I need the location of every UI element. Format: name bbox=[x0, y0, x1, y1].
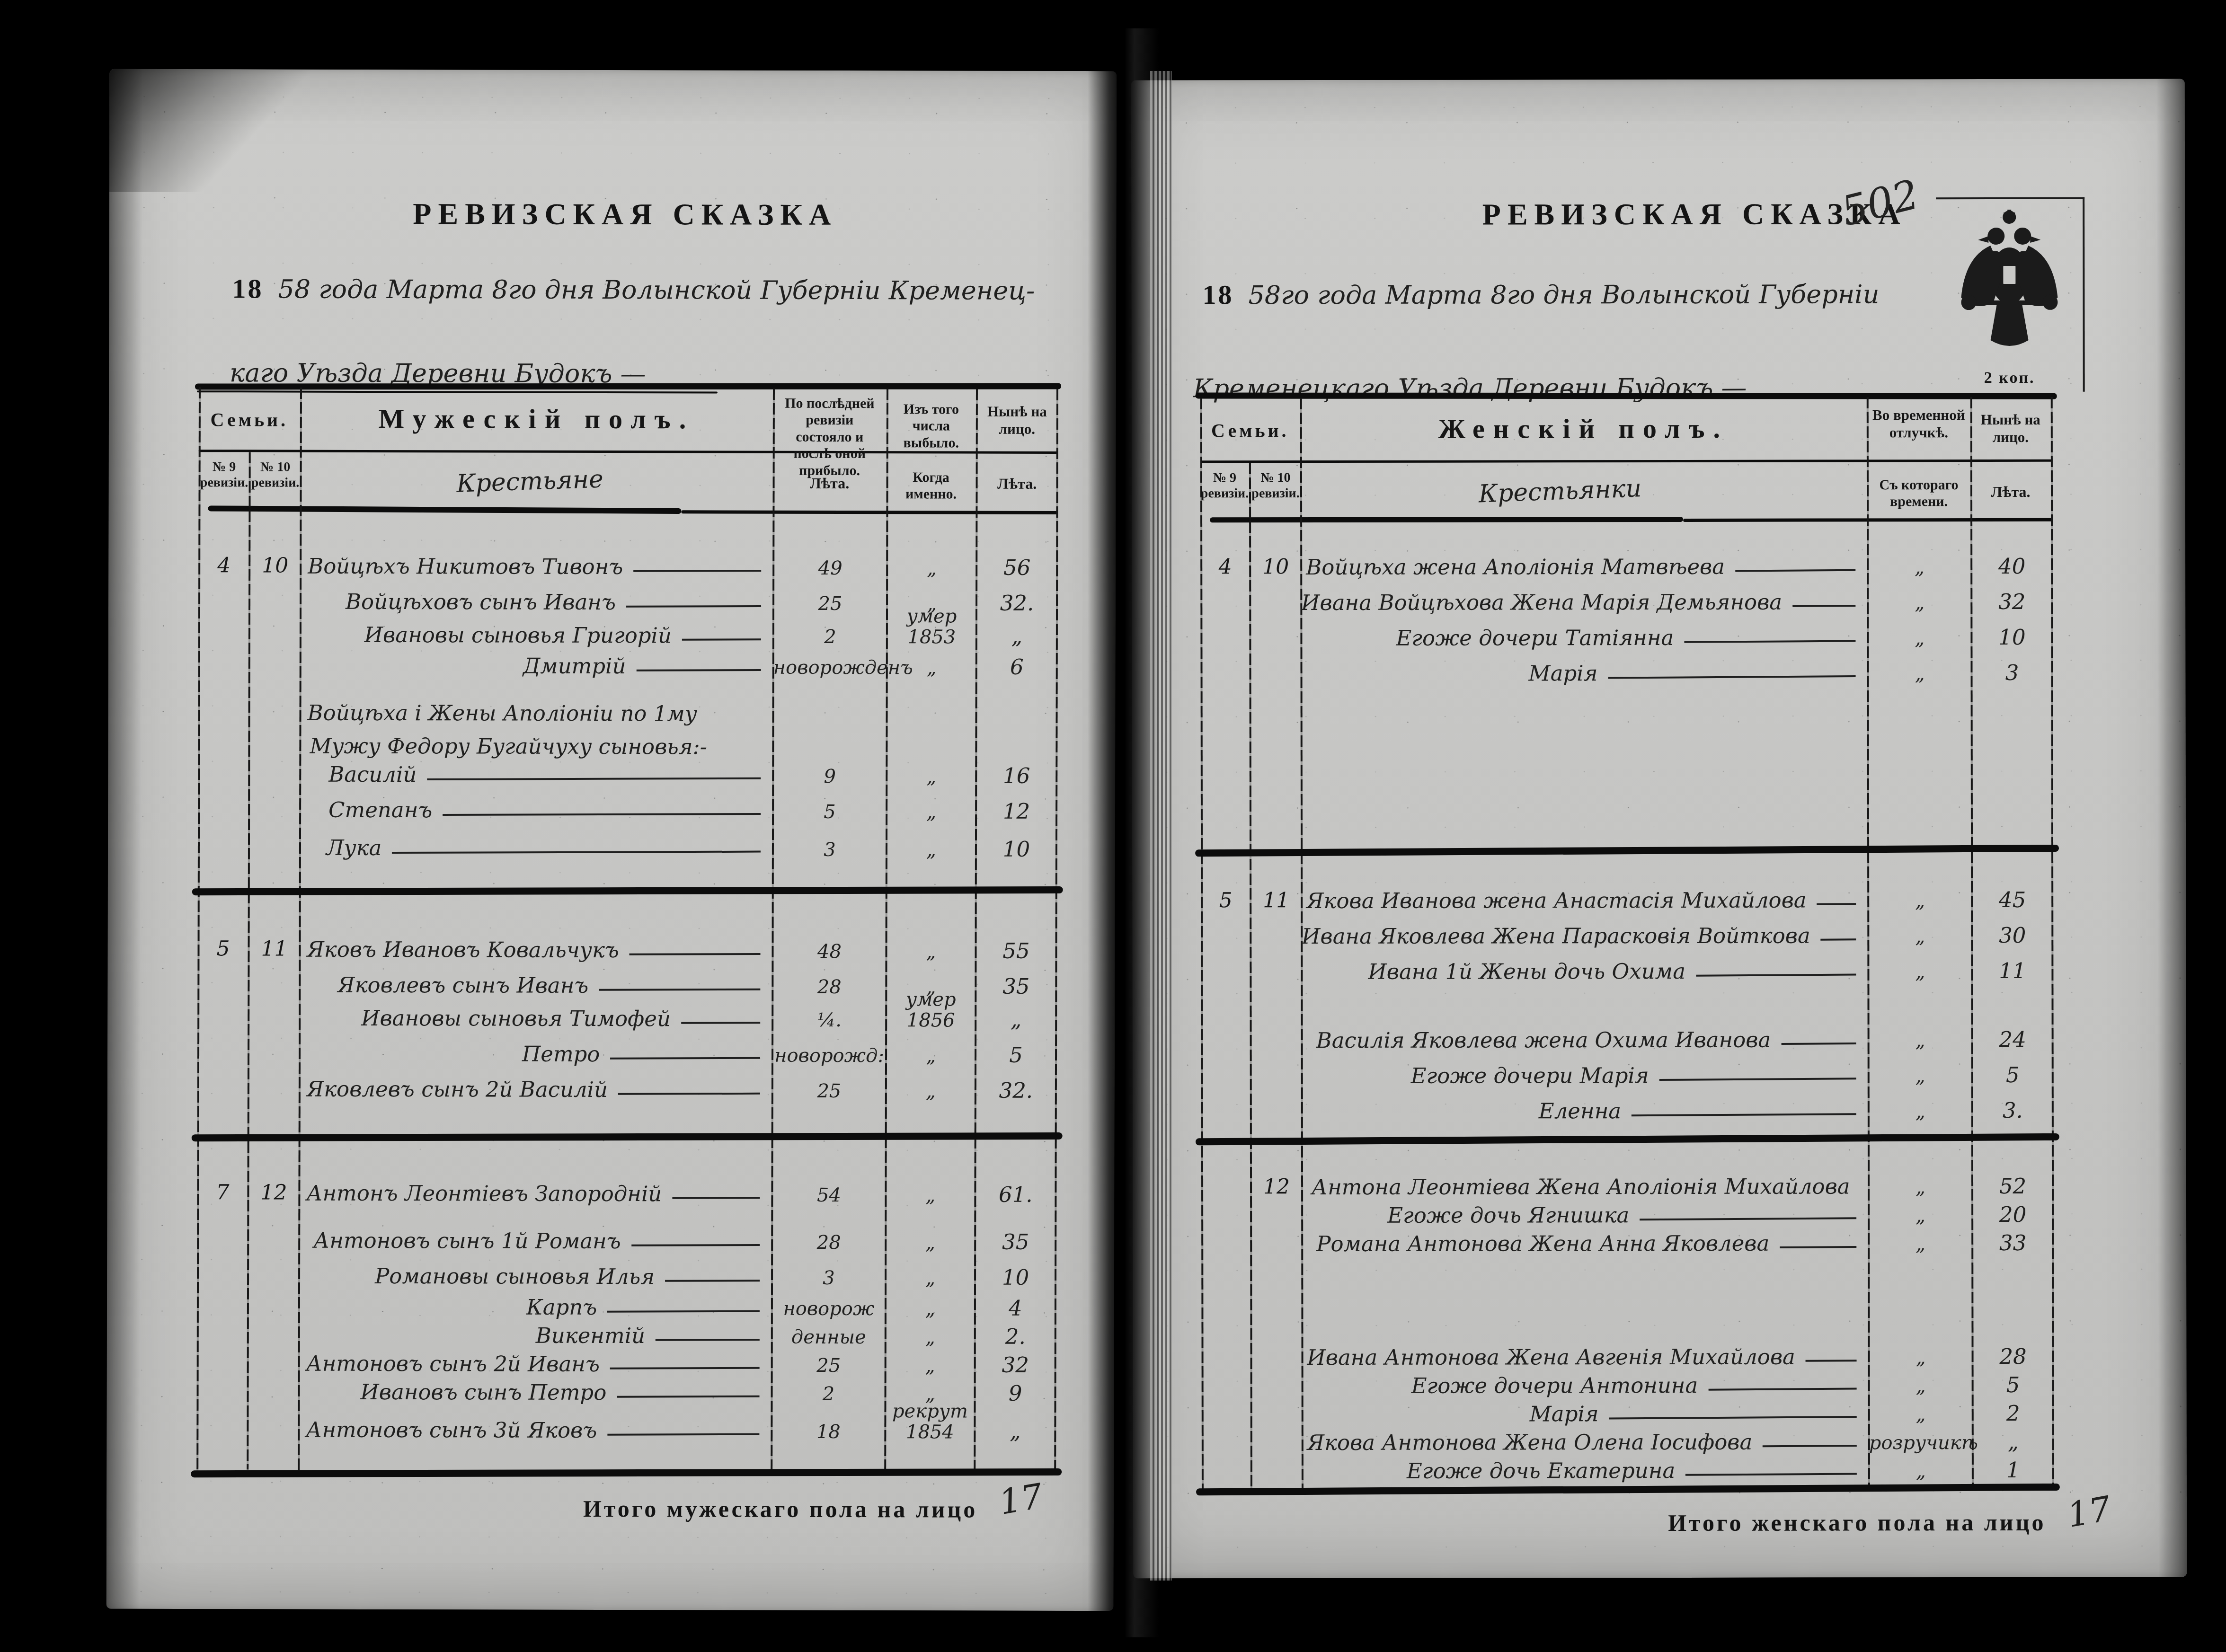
age-now: 32 bbox=[1971, 590, 2052, 613]
name-trailing-line bbox=[1696, 974, 1856, 977]
stamp-value: 2 коп. bbox=[1951, 369, 2069, 387]
header-bottom-rule bbox=[208, 505, 681, 514]
table-row: Василія Яковлева жена Охима Иванова „ 24 bbox=[1201, 1017, 2053, 1052]
age-at-last-revision: 25 bbox=[772, 1081, 886, 1102]
name-trailing-line bbox=[1708, 1388, 1856, 1391]
column-header-present: Нынѣ на лицо. bbox=[1973, 411, 2049, 446]
name-trailing-line bbox=[392, 851, 761, 854]
name-trailing-line bbox=[656, 1339, 760, 1341]
departure-note: „ bbox=[887, 839, 976, 860]
handwritten-date: 58 года Марта 8го дня Волынской Губерніи… bbox=[278, 274, 1035, 306]
name-trailing-line bbox=[636, 669, 761, 671]
name-trailing-line bbox=[665, 1280, 760, 1282]
family-separator-rule bbox=[1196, 1133, 2059, 1146]
family-no-9th-revision: 7 bbox=[197, 1180, 248, 1204]
column-header-revision9: № 9 ревизіи. bbox=[200, 459, 249, 490]
male-census-table: Семьи. Мужескій полъ. По послѣдней ревиз… bbox=[196, 382, 1058, 1477]
table-row: 4 10 Войцѣха жена Аполіонія Матвѣева „ 4… bbox=[1200, 544, 2052, 579]
table-row: Романа Антонова Жена Анна Яковлева „ 33 bbox=[1201, 1220, 2053, 1256]
age-now: 33 bbox=[1972, 1231, 2053, 1254]
book-spread: РЕВИЗСКАЯ СКАЗКА 18 58 года Марта 8го дн… bbox=[0, 0, 2226, 1652]
family-no-9th-revision: 5 bbox=[197, 936, 248, 961]
person-name: Войцѣха і Жены Аполіоніи по 1му bbox=[308, 701, 697, 725]
name-trailing-line bbox=[618, 1093, 760, 1095]
person-name: Марія bbox=[1529, 662, 1598, 685]
name-trailing-line bbox=[610, 1057, 760, 1060]
age-now: 35 bbox=[976, 974, 1056, 998]
left-page: РЕВИЗСКАЯ СКАЗКА 18 58 года Марта 8го дн… bbox=[106, 69, 1117, 1611]
column-header-revision9: № 9 ревизіи. bbox=[1200, 470, 1249, 501]
person-name: Ивановы сыновья Тимофей bbox=[361, 1006, 671, 1030]
printed-year-prefix: 18 bbox=[1202, 279, 1233, 310]
absence-since: „ bbox=[1868, 663, 1972, 684]
table-row: Лука 3 „ 10 bbox=[198, 825, 1057, 861]
name-trailing-line bbox=[610, 1367, 760, 1369]
male-total-value: 17 bbox=[996, 1476, 1046, 1522]
age-now: 10 bbox=[976, 837, 1057, 861]
person-name: Антонъ Леонтіевъ Запородній bbox=[306, 1181, 662, 1205]
family-no-9th-revision: 5 bbox=[1201, 888, 1250, 912]
departure-note: „ bbox=[886, 1081, 976, 1102]
name-trailing-line bbox=[1659, 1078, 1856, 1081]
person-name: Василія Яковлева жена Охима Иванова bbox=[1316, 1028, 1771, 1052]
name-trailing-line bbox=[1685, 1473, 1857, 1475]
female-total-footer: Итого женскаго пола на лицо 17 bbox=[1668, 1499, 2111, 1539]
person-name: Яковъ Ивановъ Ковальчукъ bbox=[307, 937, 619, 962]
table-row: 7 12 Антонъ Леонтіевъ Запородній 54 „ 61… bbox=[197, 1170, 1056, 1206]
name-trailing-line bbox=[443, 813, 761, 816]
table-row: Еленна „ 3. bbox=[1201, 1088, 2053, 1123]
name-trailing-line bbox=[1780, 1246, 1856, 1248]
absence-since: „ bbox=[1869, 1030, 1972, 1051]
name-trailing-line bbox=[1763, 1445, 1857, 1447]
name-trailing-line bbox=[682, 638, 761, 641]
family-no-9th-revision: 4 bbox=[1200, 555, 1250, 579]
age-at-last-revision: 54 bbox=[772, 1185, 886, 1206]
age-now: 56 bbox=[976, 556, 1057, 579]
departure-note: „ bbox=[887, 657, 976, 678]
name-trailing-line bbox=[427, 777, 761, 780]
female-census-table: Семьи. Женскій полъ. Во временной отлучк… bbox=[1200, 392, 2054, 1494]
table-row: Яковлевъ сынъ 2й Василій 25 „ 32. bbox=[197, 1066, 1056, 1102]
person-name: Якова Иванова жена Анастасія Михайлова bbox=[1306, 888, 1807, 912]
column-header-years-now: Лѣта. bbox=[980, 475, 1055, 493]
age-now: 61. bbox=[975, 1183, 1056, 1206]
age-at-last-revision: 9 bbox=[773, 766, 887, 787]
table-row: Дмитрій новорожденъ „ 6 bbox=[198, 643, 1057, 679]
age-at-last-revision: 2 bbox=[772, 1384, 886, 1405]
person-name: Василій bbox=[328, 762, 417, 786]
imperial-eagle-icon bbox=[1957, 208, 2061, 364]
absence-since: „ bbox=[1868, 557, 1971, 578]
table-row: 5 11 Яковъ Ивановъ Ковальчукъ 48 „ 55 bbox=[197, 927, 1056, 963]
table-top-rule bbox=[1196, 392, 2057, 399]
name-trailing-line bbox=[1781, 1042, 1856, 1045]
table-row: Ивановъ сынъ Петро 2 „ 9 bbox=[197, 1369, 1056, 1405]
name-trailing-line bbox=[1806, 1360, 1857, 1362]
header-bottom-rule bbox=[1210, 517, 1683, 522]
age-now: 9 bbox=[975, 1381, 1056, 1405]
name-trailing-line bbox=[1735, 569, 1855, 572]
absence-since: „ bbox=[1869, 1461, 1973, 1482]
column-header-years-prev: Лѣта. bbox=[777, 475, 882, 493]
header-bottom-rule-2 bbox=[681, 510, 1057, 514]
age-at-last-revision: 28 bbox=[772, 977, 886, 998]
table-top-rule bbox=[195, 383, 1061, 390]
absence-since: „ bbox=[1868, 628, 1971, 649]
name-trailing-line bbox=[1608, 675, 1855, 679]
departure-note: умер 1856 bbox=[886, 989, 976, 1031]
person-name: Степанъ bbox=[328, 798, 432, 822]
table-row: Егоже дочь Екатерина „ 1 bbox=[1202, 1448, 2054, 1483]
column-header-absence: Во временной отлучкѣ. bbox=[1871, 406, 1966, 441]
table-row: 5 11 Якова Иванова жена Анастасія Михайл… bbox=[1201, 877, 2053, 913]
name-trailing-line bbox=[1640, 1217, 1856, 1220]
table-row: Степанъ 5 „ 12 bbox=[198, 787, 1057, 823]
table-row: Ивана Яковлева Жена Парасковія Войткова … bbox=[1201, 913, 2053, 948]
name-trailing-line bbox=[633, 570, 761, 572]
table-row: Егоже дочери Татіянна „ 10 bbox=[1200, 615, 2052, 650]
departure-note: умер 1853 bbox=[887, 606, 976, 647]
revenue-stamp: 2 коп. bbox=[1936, 197, 2085, 392]
person-name: Романа Антонова Жена Анна Яковлева bbox=[1316, 1231, 1769, 1255]
column-header-revision10: № 10 ревизіи. bbox=[251, 459, 300, 490]
date-line: 18 58го года Марта 8го дня Волынской Губ… bbox=[1202, 278, 1879, 310]
person-name: Антоновъ сынъ 1й Романъ bbox=[313, 1228, 621, 1253]
male-total-label: Итого мужескаго пола на лицо bbox=[583, 1495, 978, 1523]
age-at-last-revision: новорожд: bbox=[772, 1045, 886, 1067]
column-header-present: Нынѣ на лицо. bbox=[980, 403, 1055, 438]
departure-note: „ bbox=[887, 766, 976, 787]
age-at-last-revision: ¼. bbox=[772, 1010, 886, 1031]
name-trailing-line bbox=[607, 1310, 760, 1313]
absence-since: „ bbox=[1868, 592, 1971, 613]
table-row: Антоновъ сынъ 3й Яковъ 18 рекрут 1854 „ bbox=[196, 1407, 1055, 1443]
book-binding bbox=[1088, 28, 1159, 1637]
name-trailing-line bbox=[617, 1396, 759, 1398]
family-separator-rule bbox=[191, 1468, 1062, 1477]
column-header-family: Семьи. bbox=[1200, 419, 1300, 442]
name-trailing-line bbox=[681, 1022, 760, 1024]
column-header-years: Лѣта. bbox=[1973, 483, 2049, 501]
age-now: 6 bbox=[976, 655, 1057, 679]
age-at-last-revision: 28 bbox=[772, 1232, 886, 1254]
table-row: Петро новорожд: „ 5 bbox=[197, 1031, 1056, 1067]
table-row: Ивана Войцѣхова Жена Марія Демьянова „ 3… bbox=[1200, 579, 2052, 615]
column-header-prev-revision: По послѣдней ревизіи состояло и послѣ он… bbox=[777, 395, 882, 479]
person-name: Антоновъ сынъ 3й Яковъ bbox=[306, 1418, 597, 1442]
age-now: 5 bbox=[1972, 1063, 2053, 1087]
table-row: Романовы сыновья Илья 3 „ 10 bbox=[197, 1253, 1056, 1289]
absence-since: „ bbox=[1869, 1066, 1972, 1087]
column-header-departed: Изъ того числа выбыло. bbox=[890, 401, 973, 451]
person-name: Егоже дочь Екатерина bbox=[1407, 1458, 1675, 1482]
absence-since: „ bbox=[1869, 1234, 1972, 1254]
header-divider bbox=[1200, 459, 2052, 463]
name-trailing-line bbox=[607, 1433, 759, 1436]
age-now: 40 bbox=[1971, 554, 2052, 578]
person-name: Войцѣхъ Никитовъ Тивонъ bbox=[308, 554, 623, 578]
age-now: 32. bbox=[976, 591, 1057, 615]
absence-since: „ bbox=[1868, 891, 1972, 911]
page-title: РЕВИЗСКАЯ СКАЗКА bbox=[327, 196, 923, 233]
name-trailing-line bbox=[1684, 640, 1855, 643]
name-trailing-line bbox=[626, 605, 761, 608]
family-separator-rule bbox=[1196, 1484, 2060, 1496]
female-total-label: Итого женскаго пола на лицо bbox=[1668, 1509, 2046, 1537]
age-now: 55 bbox=[976, 939, 1056, 963]
age-now: 35 bbox=[975, 1230, 1056, 1254]
handwritten-date: 58го года Марта 8го дня Волынской Губерн… bbox=[1248, 279, 1879, 310]
column-header-when-exactly: Когда именно. bbox=[889, 469, 972, 503]
age-at-last-revision: 49 bbox=[773, 558, 887, 579]
female-total-value: 17 bbox=[2065, 1488, 2114, 1535]
family-separator-rule bbox=[192, 886, 1063, 895]
person-name: Яковлевъ сынъ 2й Василій bbox=[307, 1077, 608, 1101]
absence-since: „ bbox=[1868, 926, 1972, 947]
departure-note: „ bbox=[886, 1045, 976, 1066]
age-now: „ bbox=[976, 1007, 1056, 1031]
family-no-10th-revision: 11 bbox=[248, 936, 300, 961]
family-no-10th-revision: 10 bbox=[249, 553, 301, 577]
column-header-male-sex: Мужескій полъ. bbox=[300, 403, 773, 436]
family-no-10th-revision: 10 bbox=[1250, 555, 1301, 579]
person-name: Войцѣховъ сынъ Иванъ bbox=[346, 590, 616, 614]
age-now: 1 bbox=[1973, 1458, 2054, 1482]
table-row: Войцѣха і Жены Аполіоніи по 1му bbox=[198, 690, 1057, 726]
table-row: 4 10 Войцѣхъ Никитовъ Тивонъ 49 „ 56 bbox=[198, 543, 1057, 579]
age-now: 12 bbox=[976, 799, 1057, 823]
column-header-family: Семьи. bbox=[199, 408, 300, 431]
age-now: „ bbox=[975, 1419, 1055, 1443]
departure-note: „ bbox=[886, 1232, 975, 1253]
name-trailing-line bbox=[630, 953, 761, 955]
family-separator-rule bbox=[192, 1132, 1063, 1141]
table-row: Ивана 1й Жены дочь Охима „ 11 bbox=[1201, 948, 2053, 984]
age-at-last-revision: новорожденъ bbox=[773, 657, 887, 679]
age-now: 32. bbox=[976, 1078, 1056, 1102]
age-now: 11 bbox=[1972, 959, 2053, 982]
table-top-rule-2 bbox=[197, 390, 718, 393]
age-now: 5 bbox=[976, 1043, 1056, 1067]
date-line: 18 58 года Марта 8го дня Волынской Губер… bbox=[232, 273, 1035, 306]
age-at-last-revision: 18 bbox=[772, 1422, 885, 1443]
age-at-last-revision: 5 bbox=[773, 802, 887, 823]
estate-class-handwritten: Крестьяне bbox=[397, 463, 663, 501]
person-name: Ивановъ сынъ Петро bbox=[361, 1380, 607, 1404]
printed-year-prefix: 18 bbox=[232, 273, 263, 304]
age-now: 10 bbox=[1971, 625, 2052, 649]
table-row: Василій 9 „ 16 bbox=[198, 751, 1057, 787]
person-name: Егоже дочери Татіянна bbox=[1396, 626, 1674, 649]
family-no-10th-revision: 11 bbox=[1250, 888, 1302, 912]
absence-since: „ bbox=[1869, 1101, 1972, 1122]
right-page: РЕВИЗСКАЯ СКАЗКА 502 bbox=[1131, 79, 2187, 1578]
name-trailing-line bbox=[1792, 605, 1855, 607]
family-no-10th-revision: 12 bbox=[248, 1180, 299, 1204]
person-name: Дмитрій bbox=[523, 654, 626, 678]
age-at-last-revision: 25 bbox=[773, 593, 887, 615]
age-now: 3 bbox=[1972, 661, 2053, 684]
age-now: 24 bbox=[1972, 1027, 2053, 1051]
name-trailing-line bbox=[1609, 1416, 1857, 1419]
person-name: Войцѣха жена Аполіонія Матвѣева bbox=[1306, 555, 1725, 579]
person-name: Ивана Яковлева Жена Парасковія Войткова bbox=[1302, 924, 1810, 948]
departure-note: „ bbox=[886, 1185, 975, 1206]
table-row: Марія „ 3 bbox=[1200, 650, 2052, 686]
person-name: Яковлевъ сынъ Иванъ bbox=[337, 973, 588, 997]
table-row: Ивановы сыновья Тимофей ¼. умер 1856 „ bbox=[197, 995, 1056, 1031]
departure-note: „ bbox=[887, 558, 976, 579]
estate-class-handwritten: Крестьянки bbox=[1403, 471, 1717, 512]
person-name: Еленна bbox=[1539, 1099, 1621, 1123]
person-name: Ивана Войцѣхова Жена Марія Демьянова bbox=[1301, 590, 1782, 614]
age-at-last-revision: 3 bbox=[773, 839, 887, 861]
table-row: Антоновъ сынъ 1й Романъ 28 „ 35 bbox=[197, 1218, 1056, 1254]
absence-since: „ bbox=[1868, 962, 1972, 982]
departure-note: „ bbox=[887, 802, 976, 822]
name-trailing-line bbox=[631, 1244, 760, 1246]
person-name: Лука bbox=[326, 836, 381, 859]
name-trailing-line bbox=[672, 1197, 760, 1199]
departure-note: „ bbox=[886, 941, 976, 962]
male-total-footer: Итого мужескаго пола на лицо 17 bbox=[583, 1485, 1043, 1526]
name-trailing-line bbox=[1632, 1113, 1856, 1116]
person-name: Егоже дочери Марія bbox=[1411, 1064, 1649, 1087]
table-row: Егоже дочери Марія „ 5 bbox=[1201, 1052, 2053, 1088]
age-now: 45 bbox=[1972, 888, 2053, 911]
column-header-since-when: Съ котораго времени. bbox=[1871, 477, 1966, 510]
column-header-revision10: № 10 ревизіи. bbox=[1251, 470, 1300, 501]
age-now: 16 bbox=[976, 764, 1057, 787]
age-at-last-revision: 48 bbox=[772, 941, 886, 963]
name-trailing-line bbox=[1817, 903, 1856, 905]
person-name: Петро bbox=[522, 1042, 600, 1066]
age-now: 3. bbox=[1972, 1098, 2053, 1122]
departure-note: рекрут 1854 bbox=[885, 1401, 975, 1442]
person-name: Ивана 1й Жены дочь Охима bbox=[1368, 959, 1685, 983]
table-row: Ивановы сыновья Григорій 2 умер 1853 „ bbox=[198, 612, 1057, 648]
name-trailing-line bbox=[1821, 938, 1856, 940]
column-header-female-sex: Женскій полъ. bbox=[1300, 412, 1867, 445]
family-separator-rule bbox=[1195, 845, 2059, 857]
family-no-9th-revision: 4 bbox=[198, 553, 249, 577]
age-now: 30 bbox=[1972, 923, 2053, 947]
name-trailing-line bbox=[599, 989, 760, 991]
